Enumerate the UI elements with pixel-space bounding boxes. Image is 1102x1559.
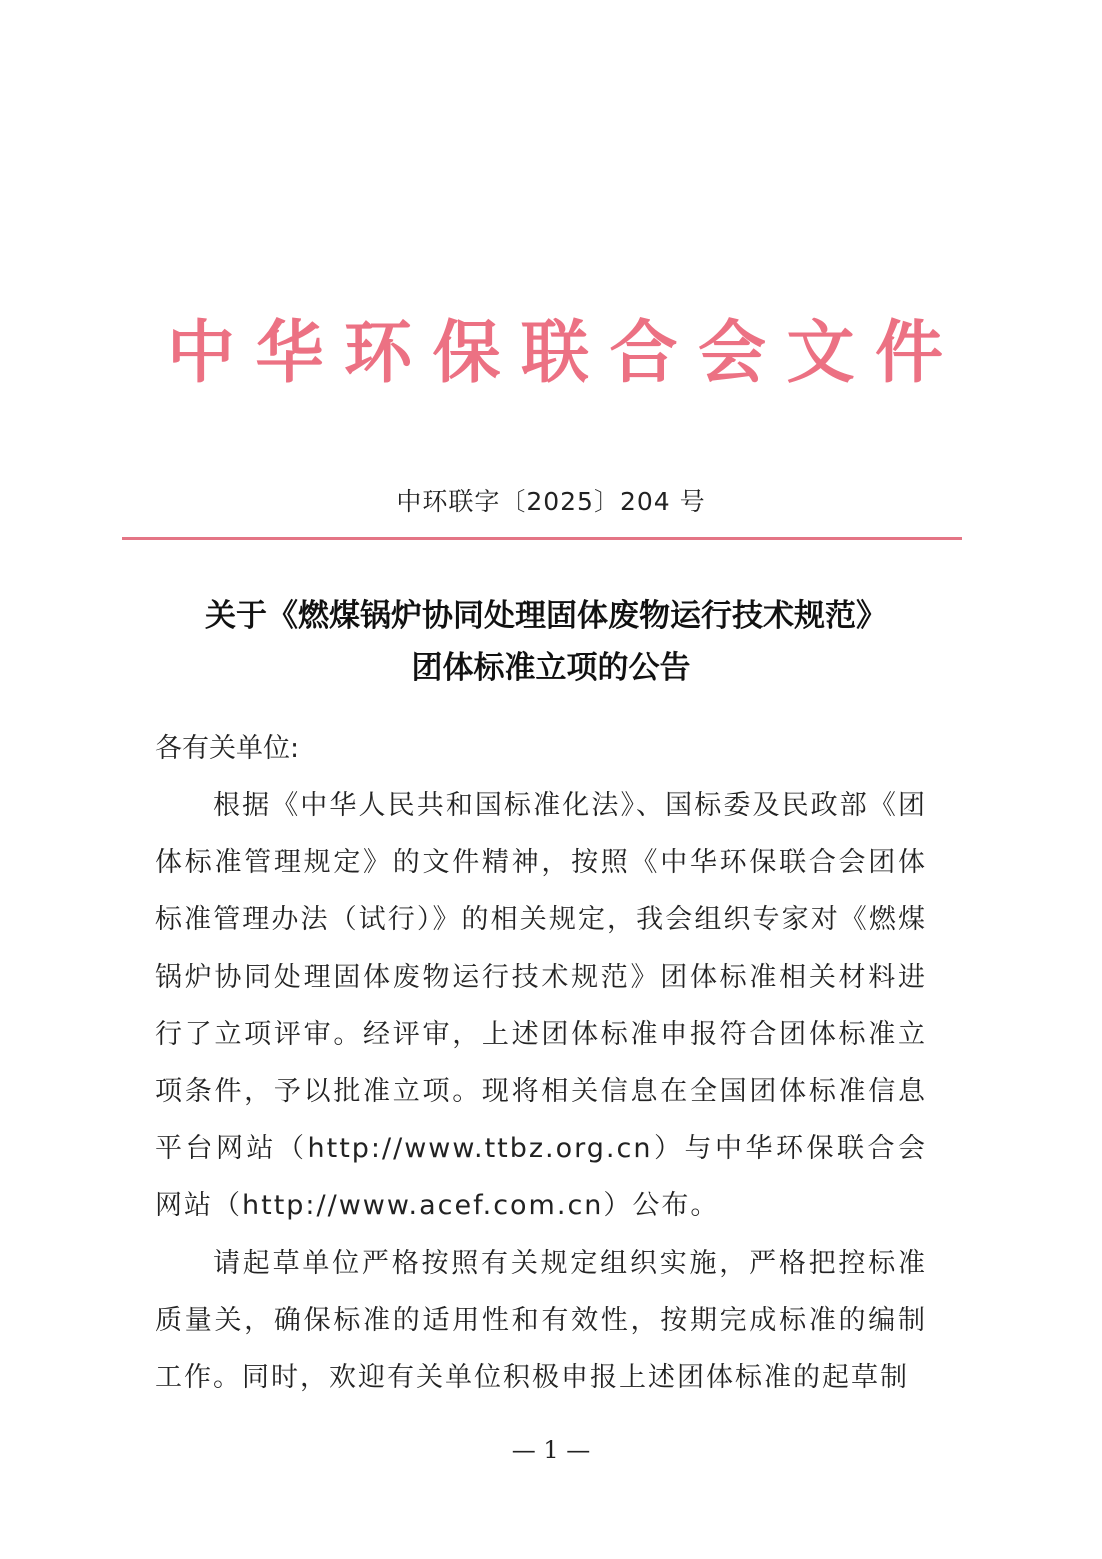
page-number: — 1 — xyxy=(0,1436,1102,1464)
salutation: 各有关单位: xyxy=(155,720,927,777)
masthead-char: 会 xyxy=(691,319,773,387)
document-body: 各有关单位: 根据《中华人民共和国标准化法》、国标委及民政部《团体标准管理规定》… xyxy=(155,720,927,1406)
body-paragraph-1: 根据《中华人民共和国标准化法》、国标委及民政部《团体标准管理规定》的文件精神，按… xyxy=(155,777,927,1235)
masthead-char: 华 xyxy=(249,319,331,387)
masthead-char: 保 xyxy=(426,319,508,387)
masthead-char: 合 xyxy=(603,319,685,387)
document-page: 中 华 环 保 联 合 会 文 件 中环联字〔2025〕204 号 关于《燃煤锅… xyxy=(0,0,1102,1559)
masthead-char: 中 xyxy=(160,319,242,387)
document-number: 中环联字〔2025〕204 号 xyxy=(0,482,1102,518)
document-title: 关于《燃煤锅炉协同处理固体废物运行技术规范》 团体标准立项的公告 xyxy=(0,590,1102,694)
title-line-2: 团体标准立项的公告 xyxy=(0,642,1102,694)
masthead-char: 文 xyxy=(780,319,862,387)
red-divider xyxy=(122,537,962,540)
masthead-char: 环 xyxy=(337,319,419,387)
masthead-char: 件 xyxy=(868,319,950,387)
masthead-char: 联 xyxy=(514,319,596,387)
masthead-title: 中 华 环 保 联 合 会 文 件 xyxy=(160,308,950,398)
title-line-1: 关于《燃煤锅炉协同处理固体废物运行技术规范》 xyxy=(0,590,1102,642)
body-paragraph-2: 请起草单位严格按照有关规定组织实施，严格把控标准质量关，确保标准的适用性和有效性… xyxy=(155,1235,927,1407)
